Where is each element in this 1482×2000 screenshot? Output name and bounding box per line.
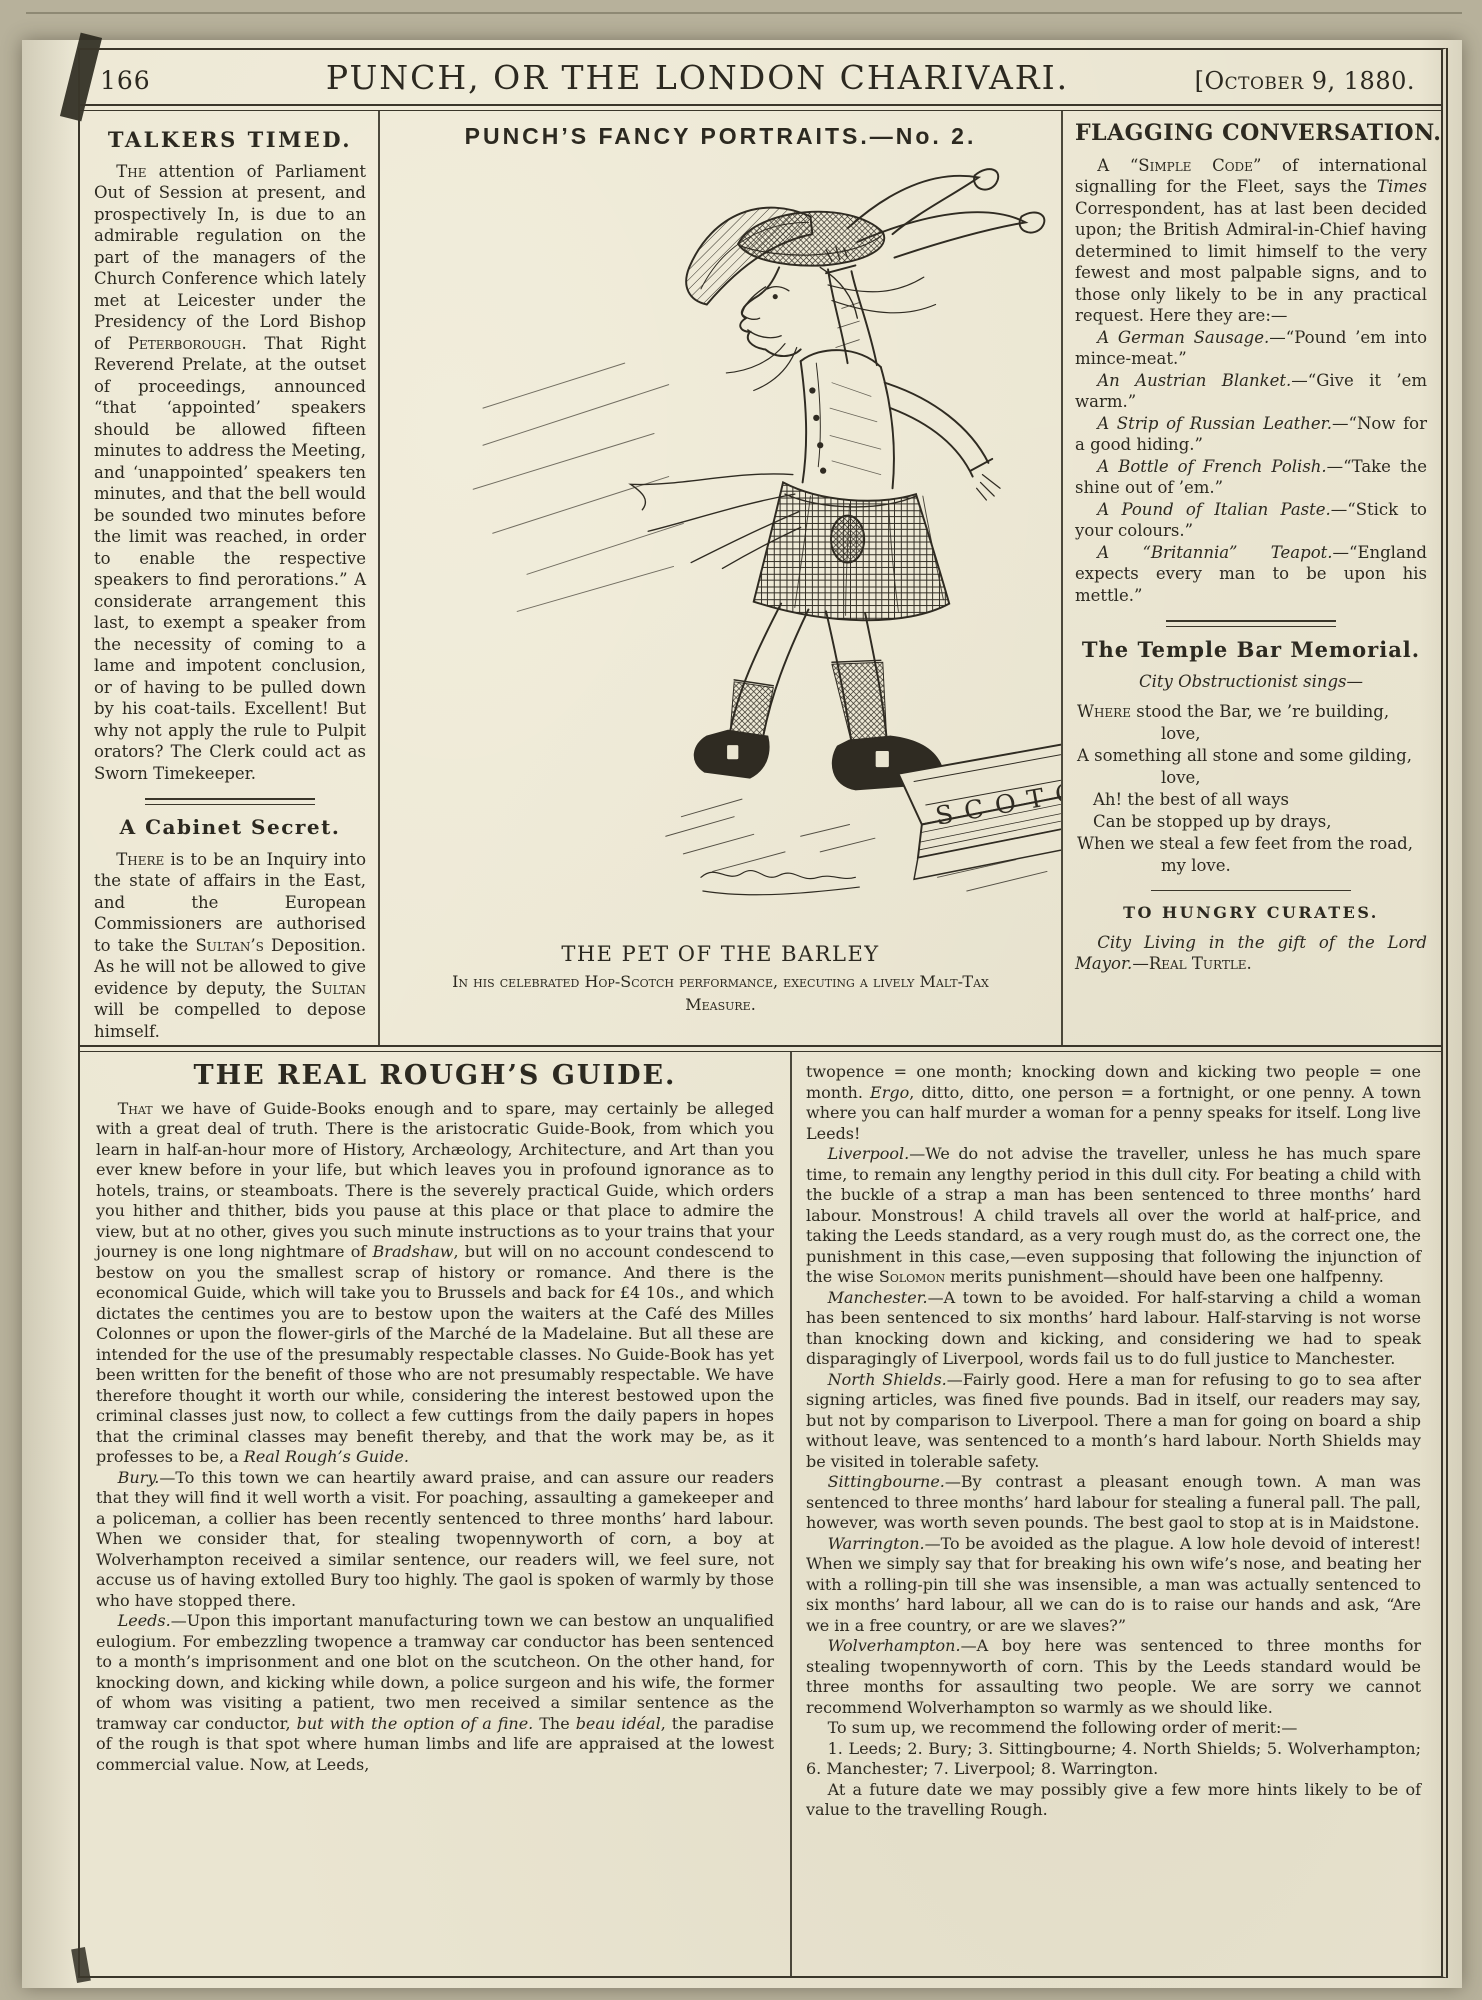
- rough-guide-right-column: twopence = one month; knocking down and …: [792, 1052, 1441, 1976]
- forward-leg: [826, 611, 943, 789]
- sporran: [831, 516, 864, 563]
- page-header: 166 PUNCH, OR THE LONDON CHARIVARI. [Oct…: [80, 50, 1441, 104]
- column-divider: [378, 111, 380, 1045]
- article-talkers-timed: TALKERS TIMED. The attention of Parliame…: [80, 111, 378, 1045]
- flagging-title: FLAGGING CONVERSATION.: [1075, 123, 1427, 145]
- column-divider: [1061, 111, 1063, 1045]
- signal-item: A “Britannia” Teapot.—“England expects e…: [1075, 542, 1427, 607]
- artist-signature-squiggle: [701, 871, 859, 895]
- magazine-page: 166 PUNCH, OR THE LONDON CHARIVARI. [Oct…: [22, 40, 1462, 1988]
- signal-list: A German Sausage.—“Pound ’em into mince-…: [1075, 327, 1427, 607]
- poem-line: A something all stone and some gilding, …: [1077, 745, 1427, 789]
- rough-guide-section: THE REAL ROUGH’S GUIDE. That we have of …: [80, 1052, 1441, 1976]
- paragraph-future-hints: At a future date we may possibly give a …: [806, 1780, 1421, 1821]
- jacket-torso: [801, 350, 894, 488]
- paragraph-wolverhampton: Wolverhampton.—A boy here was sentenced …: [806, 1636, 1421, 1718]
- scan-page-edge: [26, 12, 1462, 14]
- paragraph-sittingbourne: Sittingbourne.—By contrast a pleasant en…: [806, 1472, 1421, 1534]
- paragraph-sum-up: To sum up, we recommend the following or…: [806, 1718, 1421, 1739]
- rough-guide-intro: That we have of Guide-Books enough and t…: [96, 1099, 774, 1468]
- signal-item: A Pound of Italian Paste.—“Stick to your…: [1075, 499, 1427, 542]
- paragraph-continuation: twopence = one month; knocking down and …: [806, 1062, 1421, 1144]
- signal-item: A Bottle of French Polish.—“Take the shi…: [1075, 456, 1427, 499]
- poem-line: Ah! the best of all ways: [1093, 789, 1427, 811]
- paragraph-manchester: Manchester.—A town to be avoided. For ha…: [806, 1288, 1421, 1370]
- caption-title: THE PET OF THE BARLEY: [386, 942, 1055, 966]
- flagging-intro: A “Simple Code” of international signall…: [1075, 155, 1427, 327]
- rough-guide-title: THE REAL ROUGH’S GUIDE.: [96, 1066, 774, 1087]
- temple-bar-title: The Temple Bar Memorial.: [1075, 639, 1427, 661]
- hungry-curates-title: TO HUNGRY CURATES.: [1075, 902, 1427, 924]
- temple-bar-subtitle: City Obstructionist sings—: [1075, 671, 1427, 693]
- signal-item: A German Sausage.—“Pound ’em into mince-…: [1075, 327, 1427, 370]
- poem-line: Where stood the Bar, we ’re building, lo…: [1077, 701, 1427, 745]
- paragraph-bury: Bury.—To this town we can heartily award…: [96, 1468, 774, 1612]
- page-number: 166: [100, 66, 250, 95]
- masthead-title: PUNCH, OR THE LONDON CHARIVARI.: [250, 58, 1145, 97]
- page-frame: 166 PUNCH, OR THE LONDON CHARIVARI. [Oct…: [78, 48, 1448, 1978]
- motion-lines: [473, 363, 683, 611]
- poem-line: Can be stopped up by drays,: [1093, 811, 1427, 833]
- fancy-portraits-title: PUNCH’S FANCY PORTRAITS.—No. 2.: [386, 123, 1055, 150]
- signal-item: A Strip of Russian Leather.—“Now for a g…: [1075, 413, 1427, 456]
- article-fancy-portraits: PUNCH’S FANCY PORTRAITS.—No. 2.: [380, 111, 1061, 1045]
- column-divider: [790, 1052, 792, 1976]
- article-separator: [1151, 890, 1351, 891]
- paragraph-warrington: Warrington.—To be avoided as the plague.…: [806, 1534, 1421, 1637]
- cabinet-secret-body: There is to be an Inquiry into the state…: [94, 849, 366, 1043]
- poem-line: When we steal a few feet from the road, …: [1077, 833, 1427, 877]
- engraving-figure: SCOTCH: [473, 169, 1061, 895]
- trailing-arm: [885, 383, 1000, 500]
- cartoon-caption: THE PET OF THE BARLEY In his celebrated …: [386, 942, 1055, 1016]
- article-separator: [1166, 620, 1336, 627]
- rough-guide-left-column: THE REAL ROUGH’S GUIDE. That we have of …: [80, 1052, 790, 1976]
- top-section: TALKERS TIMED. The attention of Parliame…: [80, 111, 1441, 1045]
- paragraph-liverpool: Liverpool.—We do not advise the travelle…: [806, 1144, 1421, 1288]
- hungry-curates-body: City Living in the gift of the Lord Mayo…: [1075, 932, 1427, 975]
- trailing-leg: [695, 604, 809, 778]
- right-column: FLAGGING CONVERSATION. A “Simple Code” o…: [1063, 111, 1441, 1045]
- signal-item: An Austrian Blanket.—“Give it ’em warm.”: [1075, 370, 1427, 413]
- paragraph-north-shields: North Shields.—Fairly good. Here a man f…: [806, 1370, 1421, 1473]
- cabinet-secret-title: A Cabinet Secret.: [94, 817, 366, 839]
- paragraph-leeds: Leeds.—Upon this important manufacturing…: [96, 1611, 774, 1775]
- portrait-illustration: SCOTCH: [386, 152, 1061, 934]
- issue-date: [October 9, 1880.: [1145, 67, 1415, 95]
- header-rule: [80, 104, 1441, 111]
- talkers-timed-title: TALKERS TIMED.: [94, 129, 366, 151]
- temple-bar-poem: Where stood the Bar, we ’re building, lo…: [1077, 701, 1427, 877]
- section-rule: [80, 1045, 1441, 1052]
- paragraph-order-of-merit: 1. Leeds; 2. Bury; 3. Sittingbourne; 4. …: [806, 1739, 1421, 1780]
- talkers-timed-body: The attention of Parliament Out of Sessi…: [94, 161, 366, 785]
- article-separator: [145, 798, 315, 805]
- caption-subtitle: In his celebrated Hop-Scotch performance…: [451, 970, 991, 1016]
